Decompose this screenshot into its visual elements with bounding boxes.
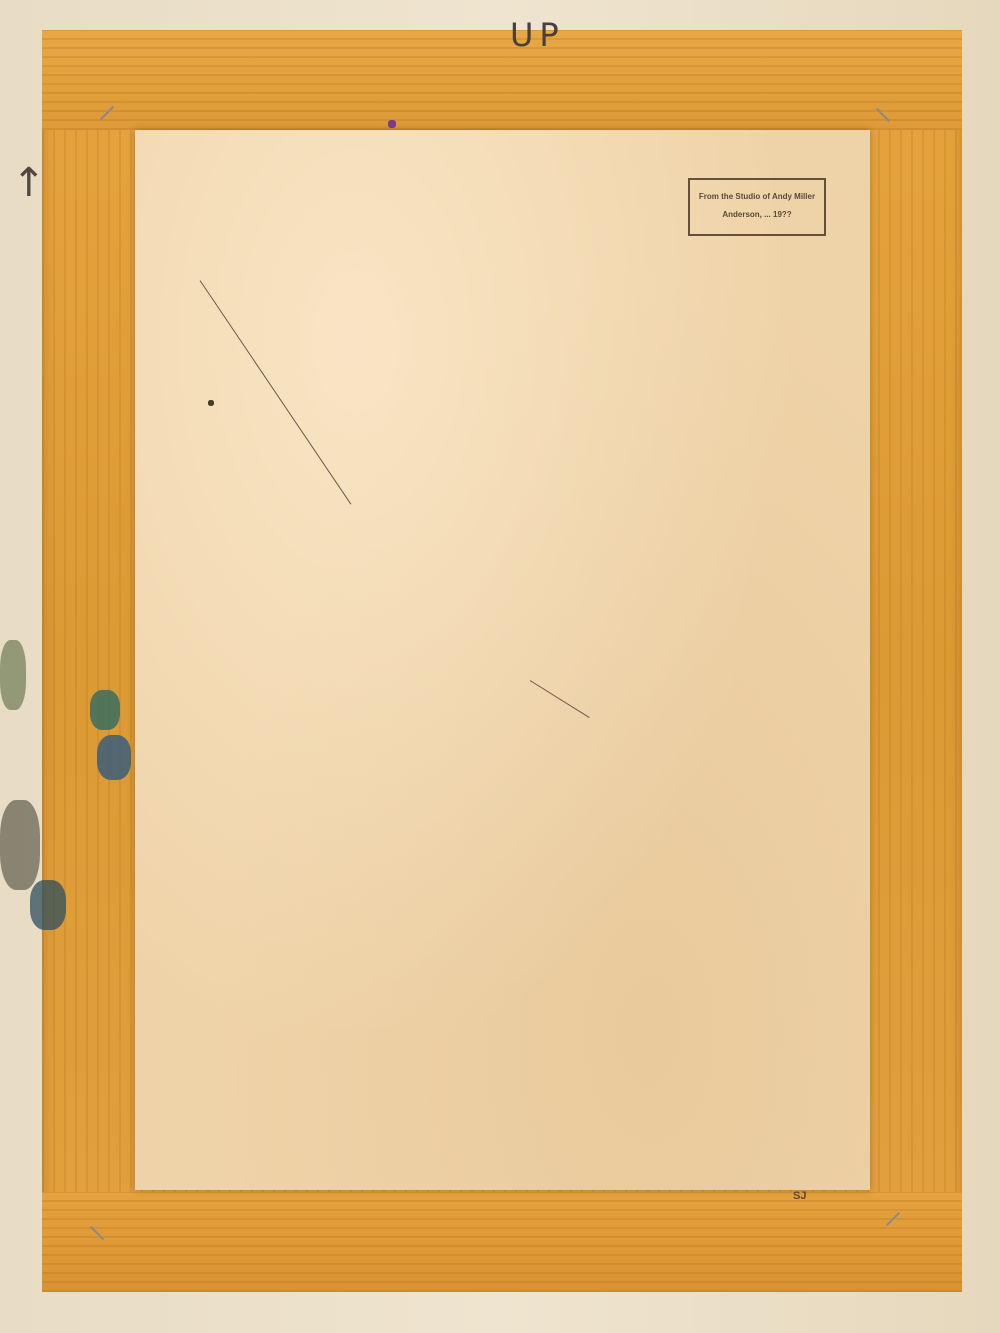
canvas-back-panel <box>135 130 870 1190</box>
paint-dot <box>208 400 214 406</box>
up-arrow-icon: ↑ <box>12 160 46 206</box>
stretcher-bar-top <box>42 30 962 130</box>
paint-smudge <box>97 735 131 780</box>
paint-dot <box>388 120 396 128</box>
stamp-line-1: From the Studio of Andy Miller <box>690 188 824 206</box>
studio-stamp: From the Studio of Andy Miller Anderson,… <box>688 178 826 236</box>
paint-smudge <box>0 800 40 890</box>
canvas-back-photo: From the Studio of Andy Miller Anderson,… <box>0 0 1000 1333</box>
paint-smudge <box>30 880 66 930</box>
stretcher-bar-bottom <box>42 1192 962 1292</box>
paint-smudge <box>90 690 120 730</box>
up-inscription: UP <box>510 16 565 54</box>
stamp-line-2: Anderson, ... 19?? <box>690 206 824 224</box>
sj-inscription: SJ <box>793 1190 806 1202</box>
paint-smudge <box>0 640 26 710</box>
